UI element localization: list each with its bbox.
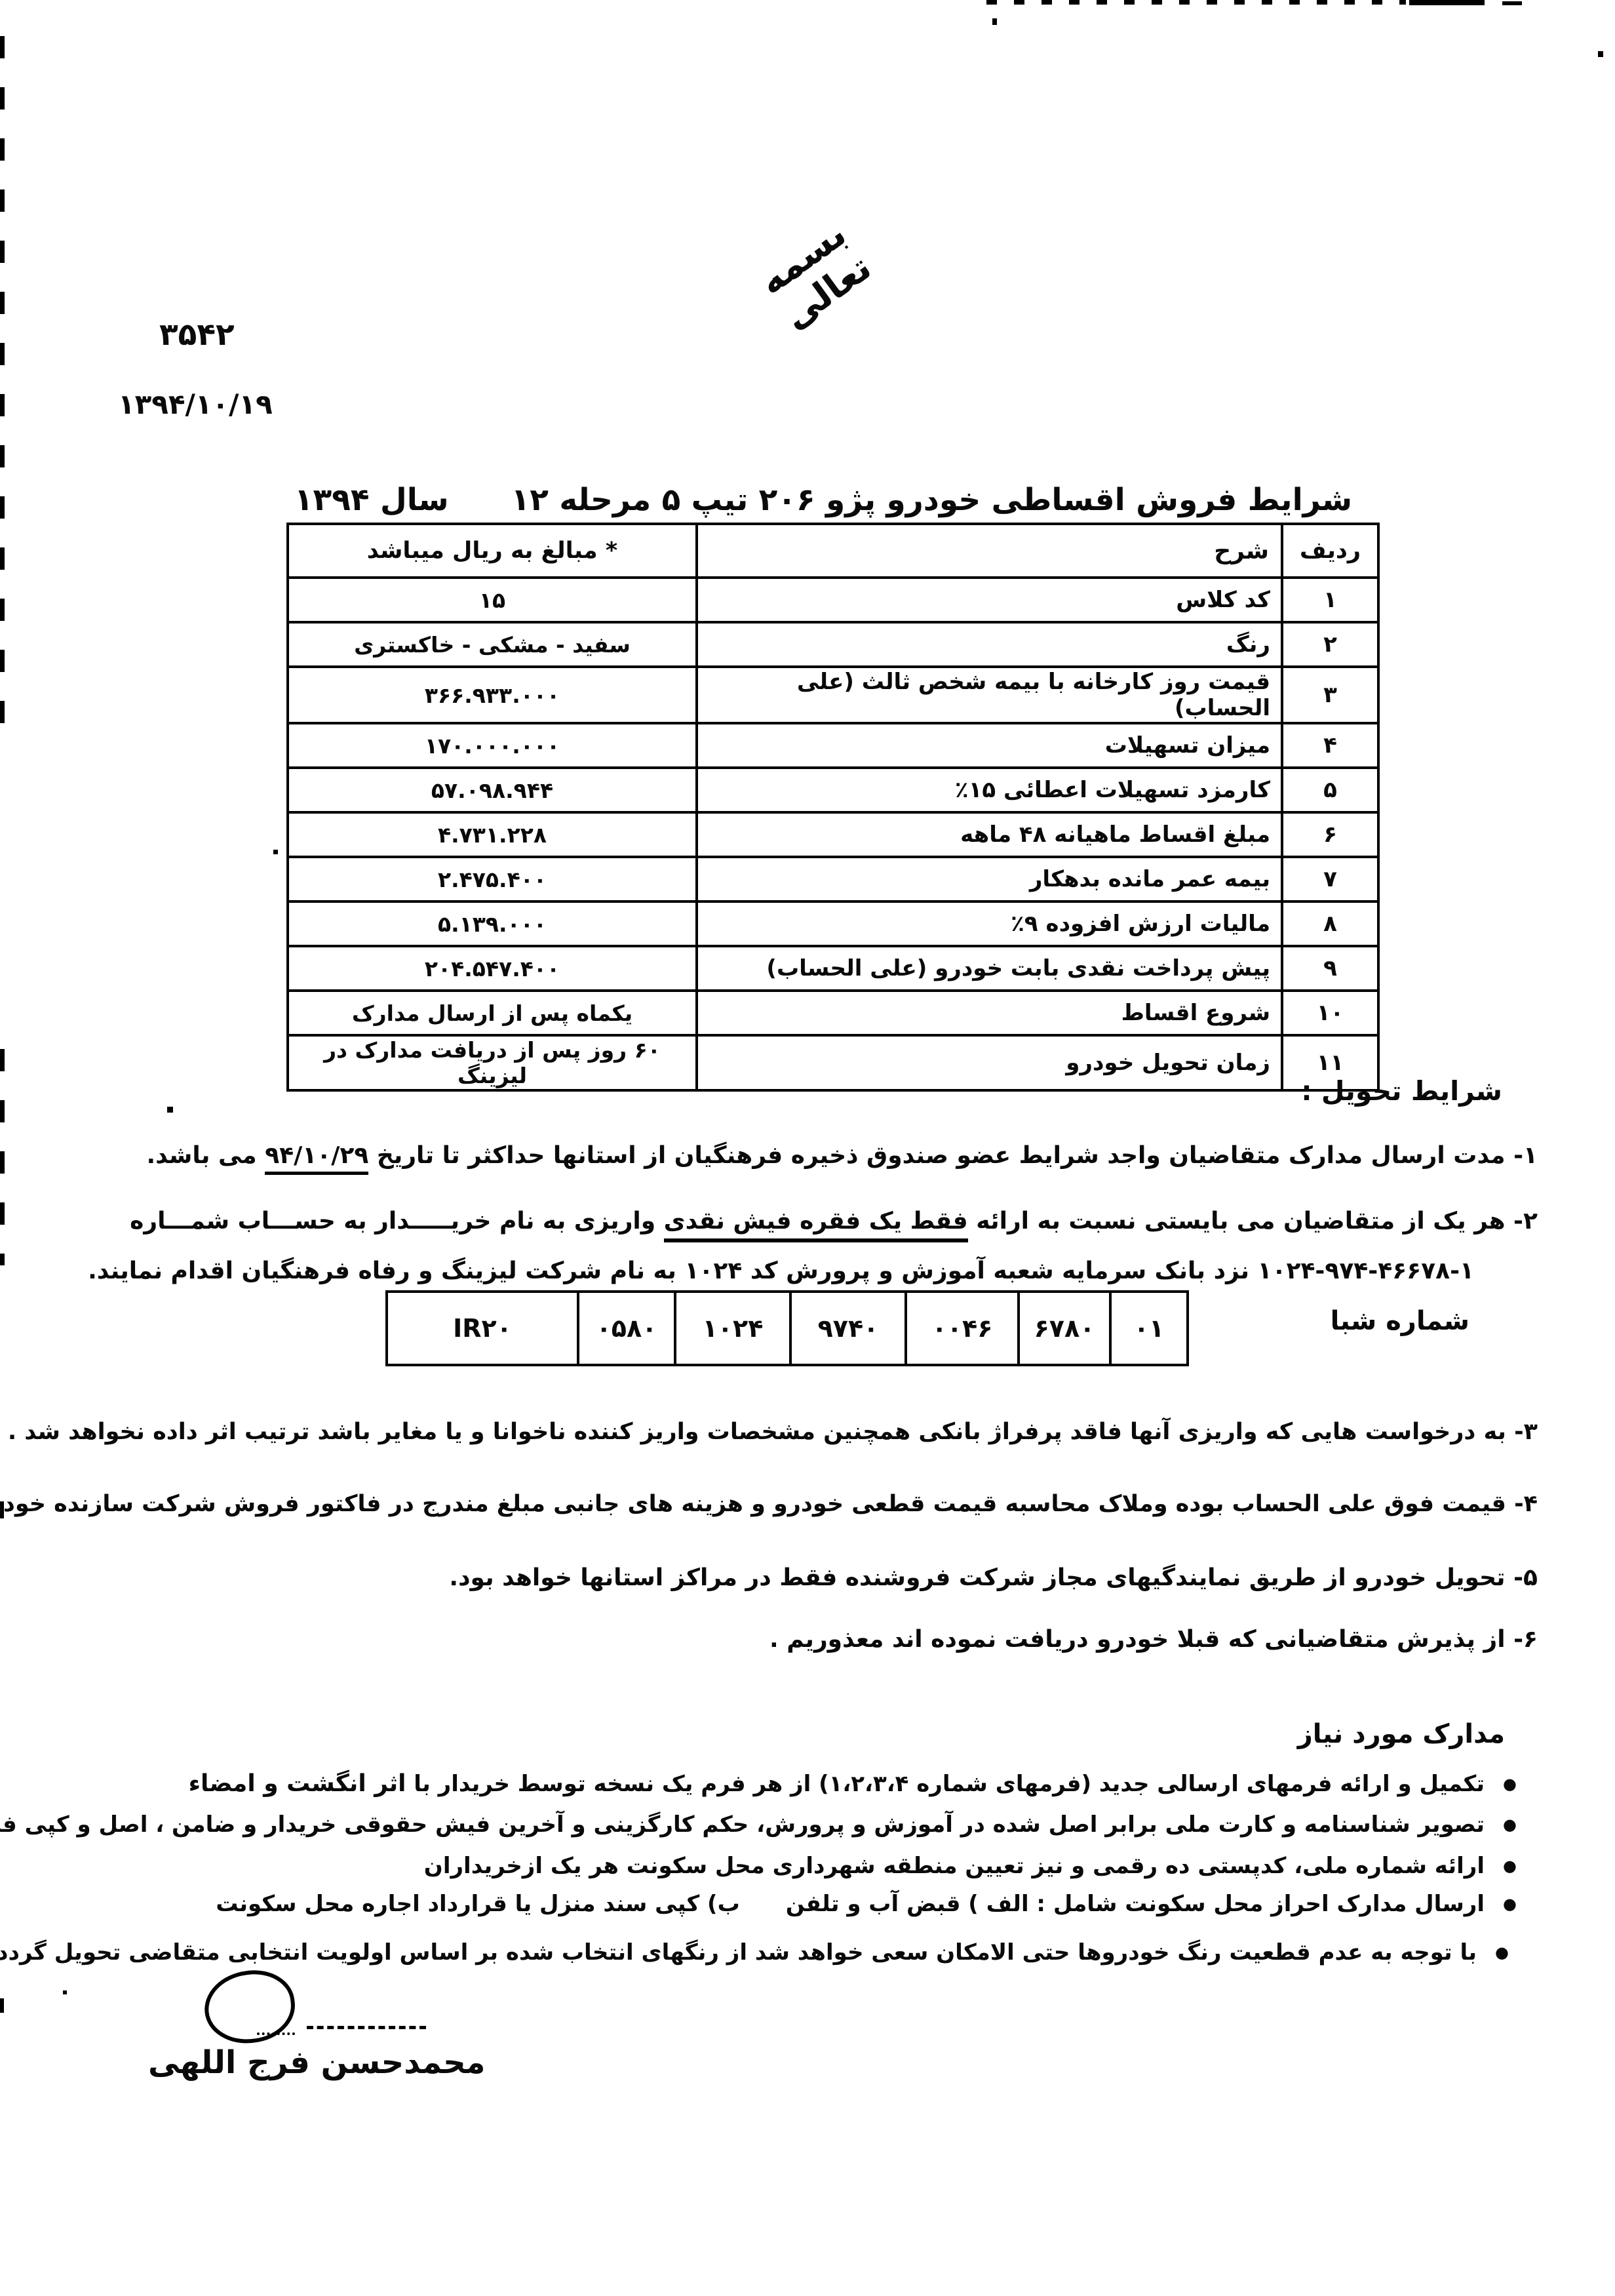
row-number: ۶: [1282, 812, 1378, 857]
delivery-term-5: ۵- تحویل خودرو از طریق نمایندگیهای مجاز …: [449, 1564, 1538, 1591]
row-number: ۸: [1282, 901, 1378, 946]
terms-table: ردیف شرح * مبالغ به ریال میباشد ۱کد کلاس…: [286, 523, 1380, 1092]
bullet-icon: ●: [1503, 1817, 1517, 1832]
sheba-cell: ۱۰۲۴: [675, 1292, 790, 1365]
row-desc: مبلغ اقساط ماهیانه ۴۸ ماهه: [697, 812, 1282, 857]
scan-artifact-speck: [63, 1990, 67, 1994]
doc-bullet-4-part2: ب) کپی سند منزل یا قرارداد اجاره محل سکو…: [216, 1891, 739, 1917]
delivery-term-1: ۱- مدت ارسال مدارک متقاضیان واجد شرایط ع…: [147, 1142, 1538, 1169]
sheba-cell: ۶۷۸۰: [1019, 1292, 1110, 1365]
table-row: ۴میزان تسهیلات۱۷۰.۰۰۰.۰۰۰: [288, 723, 1378, 768]
scan-artifact-left-dashes: [0, 36, 5, 731]
term2-line2-text: نزد بانک سرمایه شعبه آموزش و پرورش کد ۱۰…: [88, 1257, 1257, 1284]
row-number: ۷: [1282, 857, 1378, 901]
delivery-term-4: ۴- قیمت فوق علی الحساب بوده وملاک محاسبه…: [0, 1491, 1538, 1517]
row-number: ۴: [1282, 723, 1378, 768]
table-row: ۸مالیات ارزش افزوده ۹٪۵.۱۳۹.۰۰۰: [288, 901, 1378, 946]
table-row: ۷بیمه عمر مانده بدهکار۲.۴۷۵.۴۰۰: [288, 857, 1378, 901]
color-priority-note-text: با توجه به عدم قطعیت رنگ خودروها حتی الا…: [0, 1939, 1477, 1966]
doc-bullet-4-text: ارسال مدارک احراز محل سکونت شامل : الف )…: [216, 1891, 1485, 1917]
sheba-cell: ۰۱: [1110, 1292, 1188, 1365]
row-desc: رنگ: [697, 622, 1282, 667]
row-value: یکماه پس از ارسال مدارک: [288, 991, 697, 1035]
row-number: ۳: [1282, 667, 1378, 723]
doc-bullet-1-bold: اثر انگشت و امضاء: [189, 1770, 406, 1797]
col-header-desc: شرح: [697, 524, 1282, 578]
title-text: شرایط فروش اقساطی خودرو پژو ۲۰۶ تیپ ۵ مر…: [511, 482, 1353, 518]
table-row: ۱۱زمان تحویل خودرو۶۰ روز پس از دریافت مد…: [288, 1035, 1378, 1090]
table-row: ۶مبلغ اقساط ماهیانه ۴۸ ماهه۴.۷۳۱.۲۲۸: [288, 812, 1378, 857]
row-number: ۱: [1282, 578, 1378, 622]
title-year: سال ۱۳۹۴: [294, 482, 449, 518]
doc-bullet-2: ● تصویر شناسنامه و کارت ملی برابر اصل شد…: [0, 1811, 1517, 1838]
row-value: ۲.۴۷۵.۴۰۰: [288, 857, 697, 901]
required-docs-heading: مدارک مورد نیاز: [1298, 1719, 1505, 1749]
row-value: ۱۷۰.۰۰۰.۰۰۰: [288, 723, 697, 768]
bank-account-number: ۱۰۲۴-۹۷۴-۴۶۶۷۸-۱: [1258, 1257, 1474, 1284]
term1-text: ۱- مدت ارسال مدارک متقاضیان واجد شرایط ع…: [368, 1142, 1538, 1169]
signature-oval: [201, 1966, 299, 2048]
scan-artifact-speck: [0, 1998, 4, 2013]
table-row: ۲رنگسفید - مشکی - خاکستری: [288, 622, 1378, 667]
bismillah-calligraphy: بسمه تعالی: [718, 189, 911, 361]
doc-bullet-4: ● ارسال مدارک احراز محل سکونت شامل : الف…: [216, 1891, 1517, 1917]
scan-artifact-top-line: [1409, 0, 1485, 5]
row-value: ۵.۱۳۹.۰۰۰: [288, 901, 697, 946]
row-number: ۹: [1282, 946, 1378, 991]
row-value: ۲۰۴.۵۴۷.۴۰۰: [288, 946, 697, 991]
table-row: ۱۰شروع اقساطیکماه پس از ارسال مدارک: [288, 991, 1378, 1035]
table-row: ۹پیش پرداخت نقدی بابت خودرو (علی الحساب)…: [288, 946, 1378, 991]
row-desc: قیمت روز کارخانه با بیمه شخص ثالث (علی ا…: [697, 667, 1282, 723]
table-row: ۱کد کلاس۱۵: [288, 578, 1378, 622]
row-desc: زمان تحویل خودرو: [697, 1035, 1282, 1090]
doc-bullet-1-text: تکمیل و ارائه فرمهای ارسالی جدید (فرمهای…: [189, 1770, 1485, 1797]
sheba-label: شماره شبا: [1331, 1306, 1469, 1336]
doc-bullet-1: ● تکمیل و ارائه فرمهای ارسالی جدید (فرمه…: [189, 1770, 1517, 1797]
sheba-cell: ۹۷۴۰: [790, 1292, 906, 1365]
signature-scribble: [257, 2032, 295, 2035]
reference-number: ۳۵۴۲: [159, 317, 235, 353]
bullet-icon: ●: [1503, 1776, 1517, 1792]
sheba-number-table: ۰۱ ۶۷۸۰ ۰۰۴۶ ۹۷۴۰ ۱۰۲۴ ۰۵۸۰ IR۲۰: [385, 1290, 1189, 1366]
scan-artifact-speck: [273, 850, 278, 854]
scan-artifact-left-dashes: [0, 1049, 5, 1265]
row-value: سفید - مشکی - خاکستری: [288, 622, 697, 667]
sheba-cell: ۰۵۸۰: [578, 1292, 675, 1365]
row-number: ۵: [1282, 768, 1378, 812]
row-value: ۶۰ روز پس از دریافت مدارک در لیزینگ: [288, 1035, 697, 1090]
row-number: ۲: [1282, 622, 1378, 667]
row-value: ۱۵: [288, 578, 697, 622]
reference-date: ۱۳۹۴/۱۰/۱۹: [118, 388, 273, 420]
doc-bullet-3-text: ارائه شماره ملی، کدپستی ده رقمی و نیز تع…: [424, 1853, 1485, 1879]
row-desc: کد کلاس: [697, 578, 1282, 622]
term2-suffix: واریزی به نام خریـــــدار به حســـاب شمـ…: [130, 1208, 664, 1235]
delivery-term-3: ۳- به درخواست هایی که واریزی آنها فاقد پ…: [8, 1419, 1538, 1445]
row-value: ۳۶۶.۹۳۳.۰۰۰: [288, 667, 697, 723]
row-desc: شروع اقساط: [697, 991, 1282, 1035]
scan-artifact-speck: [992, 18, 997, 25]
sheba-cell-country-code: IR۲۰: [387, 1292, 578, 1365]
delivery-term-2-line1: ۲- هر یک از متقاضیان می بایستی نسبت به ا…: [130, 1208, 1538, 1235]
col-header-amounts: * مبالغ به ریال میباشد: [288, 524, 697, 578]
sheba-cell: ۰۰۴۶: [906, 1292, 1019, 1365]
term2-underlined-phrase: فقط یک فقره فیش نقدی: [664, 1208, 968, 1242]
sheba-row: ۰۱ ۶۷۸۰ ۰۰۴۶ ۹۷۴۰ ۱۰۲۴ ۰۵۸۰ IR۲۰: [387, 1292, 1188, 1365]
row-desc: کارمزد تسهیلات اعطائی ۱۵٪: [697, 768, 1282, 812]
scan-artifact-top-dashes: [986, 0, 1406, 5]
term2-text: ۲- هر یک از متقاضیان می بایستی نسبت به ا…: [968, 1208, 1538, 1235]
row-desc: پیش پرداخت نقدی بابت خودرو (علی الحساب): [697, 946, 1282, 991]
scan-artifact-speck: [1598, 51, 1603, 57]
col-header-radif: ردیف: [1282, 524, 1378, 578]
row-desc: بیمه عمر مانده بدهکار: [697, 857, 1282, 901]
scanned-document-page: { "document": { "ref_number": "۳۵۴۲", "r…: [0, 0, 1615, 2296]
row-desc: میزان تسهیلات: [697, 723, 1282, 768]
signatory-name: محمدحسن فرج اللهی: [148, 2044, 485, 2081]
scan-artifact-speck: [167, 1107, 173, 1113]
scan-artifact-top-dash: [1502, 1, 1522, 5]
doc-bullet-2-text: تصویر شناسنامه و کارت ملی برابر اصل شده …: [0, 1811, 1485, 1838]
term1-suffix: می باشد.: [147, 1142, 265, 1169]
delivery-term-6: ۶- از پذیرش متقاضیانی که قبلا خودرو دریا…: [769, 1626, 1538, 1653]
page-title: شرایط فروش اقساطی خودرو پژو ۲۰۶ تیپ ۵ مر…: [262, 482, 1384, 518]
table-row: ۳قیمت روز کارخانه با بیمه شخص ثالث (علی …: [288, 667, 1378, 723]
table-header-row: ردیف شرح * مبالغ به ریال میباشد: [288, 524, 1378, 578]
row-value: ۴.۷۳۱.۲۲۸: [288, 812, 697, 857]
row-value: ۵۷.۰۹۸.۹۴۴: [288, 768, 697, 812]
row-desc: مالیات ارزش افزوده ۹٪: [697, 901, 1282, 946]
color-priority-note: ● با توجه به عدم قطعیت رنگ خودروها حتی ا…: [0, 1939, 1509, 1966]
bullet-icon: ●: [1503, 1858, 1517, 1874]
delivery-terms-heading: شرایط تحویل :: [1301, 1075, 1502, 1107]
row-number: ۱۰: [1282, 991, 1378, 1035]
bullet-icon: ●: [1495, 1945, 1509, 1960]
term1-deadline-date: ۹۴/۱۰/۲۹: [265, 1142, 368, 1175]
doc-bullet-3: ● ارائه شماره ملی، کدپستی ده رقمی و نیز …: [424, 1853, 1517, 1879]
bullet-icon: ●: [1503, 1896, 1517, 1912]
signature-scribble: [307, 2026, 426, 2029]
table-row: ۵کارمزد تسهیلات اعطائی ۱۵٪۵۷.۰۹۸.۹۴۴: [288, 768, 1378, 812]
delivery-term-2-line2: ۱۰۲۴-۹۷۴-۴۶۶۷۸-۱ نزد بانک سرمایه شعبه آم…: [88, 1257, 1474, 1284]
